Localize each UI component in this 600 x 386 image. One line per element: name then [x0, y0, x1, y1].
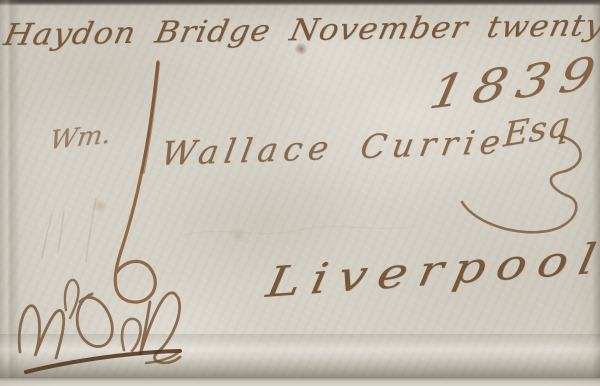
left-edge-crease	[0, 0, 20, 386]
date-line-handwriting: Haydon Bridge November twenty one	[1, 7, 600, 53]
rate-mark-6	[115, 62, 158, 302]
letter-scan: Haydon Bridge November twenty one 1839 W…	[0, 0, 600, 386]
top-edge-shadow	[0, 0, 600, 6]
addressee-prefix-handwriting: Wm.	[48, 120, 113, 156]
foxing-spot-1	[92, 200, 108, 212]
foxing-spot-2	[228, 228, 248, 242]
year-handwriting: 1839	[425, 45, 600, 119]
destination-handwriting: Liverpool	[263, 233, 600, 306]
addressee-honorific-handwriting: Esq	[502, 105, 571, 156]
bottom-paper-edge	[0, 378, 600, 386]
addressee-name-handwriting: Wallace Currie	[158, 122, 509, 173]
bottom-fold-crease	[0, 334, 600, 378]
